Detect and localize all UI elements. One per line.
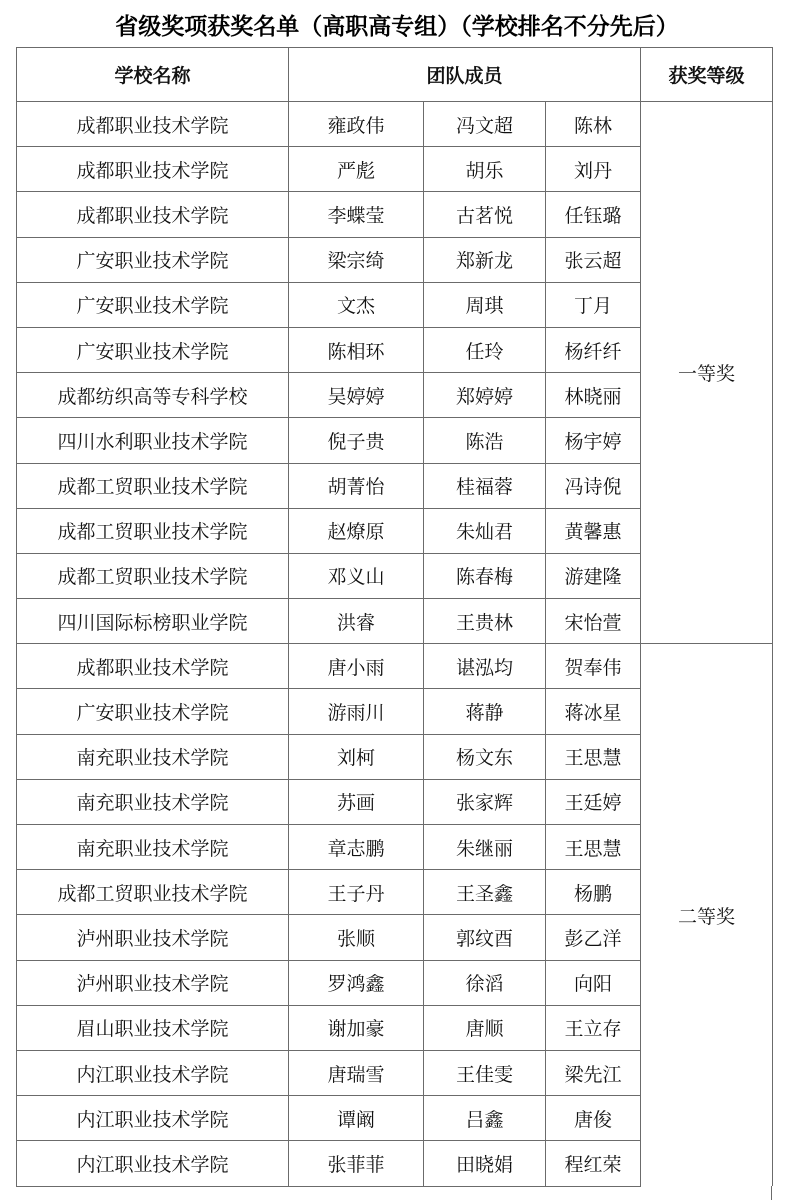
team-member-cell-3: 林晓丽: [546, 373, 641, 418]
team-member-cell-3: 黄馨惠: [546, 508, 641, 553]
team-member-cell-2: 田晓娟: [424, 1141, 546, 1186]
team-member-cell-1: 张菲菲: [289, 1141, 424, 1186]
team-member-cell-1: 文杰: [289, 282, 424, 327]
team-member-cell-2: 朱继丽: [424, 825, 546, 870]
team-member-cell-1: 李蝶莹: [289, 192, 424, 237]
team-member-cell-3: 王思慧: [546, 734, 641, 779]
team-member-cell-3: 杨鹏: [546, 870, 641, 915]
school-name-cell: 南充职业技术学院: [17, 734, 289, 779]
school-name-cell: 成都职业技术学院: [17, 147, 289, 192]
team-member-cell-1: 雍政伟: [289, 102, 424, 147]
school-name-cell: 南充职业技术学院: [17, 779, 289, 824]
team-member-cell-3: 杨纤纤: [546, 327, 641, 372]
award-level-cell: 一等奖: [641, 102, 773, 644]
team-member-cell-2: 郑新龙: [424, 237, 546, 282]
school-name-cell: 成都职业技术学院: [17, 644, 289, 689]
team-member-cell-1: 苏画: [289, 779, 424, 824]
school-name-cell: 泸州职业技术学院: [17, 915, 289, 960]
header-award-level: 获奖等级: [641, 48, 773, 102]
school-name-cell: 广安职业技术学院: [17, 237, 289, 282]
award-level-cell: 二等奖: [641, 644, 773, 1186]
team-member-cell-2: 古茗悦: [424, 192, 546, 237]
team-member-cell-3: 宋怡萱: [546, 599, 641, 644]
school-name-cell: 眉山职业技术学院: [17, 1005, 289, 1050]
school-name-cell: 内江职业技术学院: [17, 1096, 289, 1141]
team-member-cell-1: 罗鸿鑫: [289, 960, 424, 1005]
team-member-cell-3: 唐俊: [546, 1096, 641, 1141]
team-member-cell-2: 陈春梅: [424, 553, 546, 598]
team-member-cell-1: 胡菁怡: [289, 463, 424, 508]
team-member-cell-3: 彭乙洋: [546, 915, 641, 960]
team-member-cell-2: 蒋静: [424, 689, 546, 734]
page-title: 省级奖项获奖名单（高职高专组）（学校排名不分先后）: [0, 0, 794, 40]
team-member-cell-1: 倪子贵: [289, 418, 424, 463]
team-member-cell-1: 洪睿: [289, 599, 424, 644]
team-member-cell-2: 王贵林: [424, 599, 546, 644]
team-member-cell-2: 王圣鑫: [424, 870, 546, 915]
table-row: 成都职业技术学院雍政伟冯文超陈林一等奖: [17, 102, 773, 147]
team-member-cell-2: 唐顺: [424, 1005, 546, 1050]
team-member-cell-1: 赵燎原: [289, 508, 424, 553]
team-member-cell-1: 唐瑞雪: [289, 1050, 424, 1095]
team-member-cell-3: 杨宇婷: [546, 418, 641, 463]
team-member-cell-3: 蒋冰星: [546, 689, 641, 734]
team-member-cell-3: 程红荣: [546, 1141, 641, 1186]
award-table: 学校名称 团队成员 获奖等级 成都职业技术学院雍政伟冯文超陈林一等奖成都职业技术…: [16, 47, 773, 1187]
team-member-cell-1: 严彪: [289, 147, 424, 192]
team-member-cell-1: 刘柯: [289, 734, 424, 779]
team-member-cell-2: 张家辉: [424, 779, 546, 824]
school-name-cell: 泸州职业技术学院: [17, 960, 289, 1005]
team-member-cell-3: 张云超: [546, 237, 641, 282]
team-member-cell-1: 游雨川: [289, 689, 424, 734]
header-school: 学校名称: [17, 48, 289, 102]
school-name-cell: 成都职业技术学院: [17, 102, 289, 147]
team-member-cell-2: 杨文东: [424, 734, 546, 779]
team-member-cell-1: 邓义山: [289, 553, 424, 598]
team-member-cell-3: 冯诗倪: [546, 463, 641, 508]
school-name-cell: 成都职业技术学院: [17, 192, 289, 237]
team-member-cell-1: 陈相环: [289, 327, 424, 372]
team-member-cell-2: 胡乐: [424, 147, 546, 192]
team-member-cell-1: 谢加豪: [289, 1005, 424, 1050]
team-member-cell-1: 章志鹏: [289, 825, 424, 870]
table-right-border-cutoff: [771, 1186, 772, 1200]
team-member-cell-2: 陈浩: [424, 418, 546, 463]
team-member-cell-3: 任钰璐: [546, 192, 641, 237]
school-name-cell: 四川国际标榜职业学院: [17, 599, 289, 644]
header-team-members: 团队成员: [289, 48, 641, 102]
team-member-cell-3: 王思慧: [546, 825, 641, 870]
school-name-cell: 成都工贸职业技术学院: [17, 553, 289, 598]
team-member-cell-2: 朱灿君: [424, 508, 546, 553]
team-member-cell-3: 贺奉伟: [546, 644, 641, 689]
team-member-cell-1: 梁宗绮: [289, 237, 424, 282]
school-name-cell: 成都工贸职业技术学院: [17, 870, 289, 915]
team-member-cell-2: 郑婷婷: [424, 373, 546, 418]
team-member-cell-2: 王佳雯: [424, 1050, 546, 1095]
school-name-cell: 内江职业技术学院: [17, 1050, 289, 1095]
team-member-cell-2: 徐滔: [424, 960, 546, 1005]
school-name-cell: 广安职业技术学院: [17, 282, 289, 327]
school-name-cell: 南充职业技术学院: [17, 825, 289, 870]
table-body: 成都职业技术学院雍政伟冯文超陈林一等奖成都职业技术学院严彪胡乐刘丹成都职业技术学…: [17, 102, 773, 1187]
school-name-cell: 成都纺织高等专科学校: [17, 373, 289, 418]
team-member-cell-2: 谌泓均: [424, 644, 546, 689]
team-member-cell-1: 张顺: [289, 915, 424, 960]
team-member-cell-3: 向阳: [546, 960, 641, 1005]
document-page: 省级奖项获奖名单（高职高专组）（学校排名不分先后） 学校名称 团队成员 获奖等级…: [0, 0, 794, 1200]
team-member-cell-2: 桂福蓉: [424, 463, 546, 508]
team-member-cell-1: 唐小雨: [289, 644, 424, 689]
table-row: 成都职业技术学院唐小雨谌泓均贺奉伟二等奖: [17, 644, 773, 689]
school-name-cell: 广安职业技术学院: [17, 327, 289, 372]
school-name-cell: 四川水利职业技术学院: [17, 418, 289, 463]
team-member-cell-2: 任玲: [424, 327, 546, 372]
team-member-cell-2: 周琪: [424, 282, 546, 327]
school-name-cell: 成都工贸职业技术学院: [17, 463, 289, 508]
school-name-cell: 内江职业技术学院: [17, 1141, 289, 1186]
team-member-cell-2: 冯文超: [424, 102, 546, 147]
school-name-cell: 成都工贸职业技术学院: [17, 508, 289, 553]
team-member-cell-1: 吴婷婷: [289, 373, 424, 418]
team-member-cell-2: 吕鑫: [424, 1096, 546, 1141]
team-member-cell-3: 陈林: [546, 102, 641, 147]
team-member-cell-3: 游建隆: [546, 553, 641, 598]
team-member-cell-2: 郭纹酉: [424, 915, 546, 960]
school-name-cell: 广安职业技术学院: [17, 689, 289, 734]
header-row: 学校名称 团队成员 获奖等级: [17, 48, 773, 102]
team-member-cell-1: 谭阚: [289, 1096, 424, 1141]
team-member-cell-3: 王廷婷: [546, 779, 641, 824]
team-member-cell-3: 梁先江: [546, 1050, 641, 1095]
team-member-cell-1: 王子丹: [289, 870, 424, 915]
team-member-cell-3: 王立存: [546, 1005, 641, 1050]
team-member-cell-3: 刘丹: [546, 147, 641, 192]
team-member-cell-3: 丁月: [546, 282, 641, 327]
